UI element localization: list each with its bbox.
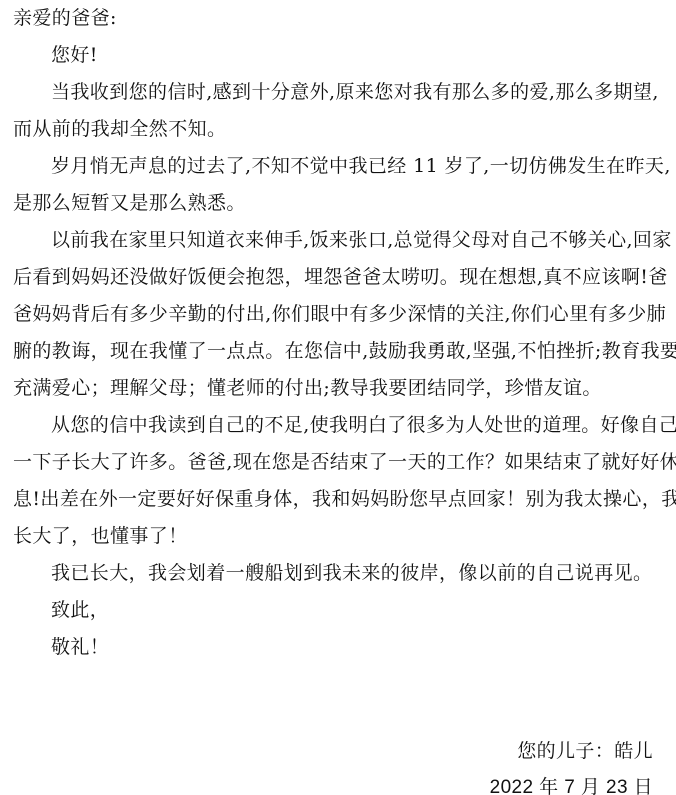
paragraph-3-line-1: 以前我在家里只知道衣来伸手,饭来张口,总觉得父母对自己不够关心,回家 (51, 227, 672, 253)
paragraph-4-line-3: 息!出差在外一定要好好保重身体，我和妈妈盼您早点回家！别为我太操心，我 (13, 486, 676, 512)
paragraph-5-line-1: 我已长大，我会划着一艘船划到我未来的彼岸，像以前的自己说再见。 (51, 560, 652, 586)
paragraph-3-line-5: 充满爱心；理解父母；懂老师的付出;教导我要团结同学，珍惜友谊。 (13, 375, 602, 401)
salutation: 亲爱的爸爸: (13, 5, 117, 31)
paragraph-4-line-4: 长大了，也懂事了！ (13, 523, 188, 549)
paragraph-4-line-2: 一下子长大了许多。爸爸,现在您是否结束了一天的工作？如果结束了就好好休 (13, 449, 676, 475)
paragraph-2-line-2: 是那么短暂又是那么熟悉。 (13, 190, 246, 216)
paragraph-2-line-1: 岁月悄无声息的过去了,不知不觉中我已经 11 岁了,一切仿佛发生在昨天, (51, 153, 671, 179)
paragraph-1-line-2: 而从前的我却全然不知。 (13, 116, 226, 142)
date: 2022 年 7 月 23 日 (490, 775, 653, 795)
paragraph-1-line-1: 当我收到您的信时,感到十分意外,原来您对我有那么多的爱,那么多期望, (51, 79, 659, 105)
greeting: 您好! (51, 42, 98, 68)
signature: 您的儿子：皓儿 (517, 738, 653, 764)
paragraph-3-line-2: 后看到妈妈还没做好饭便会抱怨，埋怨爸爸太唠叨。现在想想,真不应该啊!爸 (13, 264, 668, 290)
closing-line-2: 敬礼！ (51, 634, 109, 660)
closing-line-1: 致此， (51, 597, 109, 623)
paragraph-3-line-4: 腑的教诲，现在我懂了一点点。在您信中,鼓励我勇敢,坚强,不怕挫折;教育我要 (13, 338, 676, 364)
paragraph-3-line-3: 爸妈妈背后有多少辛勤的付出,你们眼中有多少深情的关注,你们心里有多少肺 (13, 301, 666, 327)
paragraph-4-line-1: 从您的信中我读到自己的不足,使我明白了很多为人处世的道理。好像自己 (51, 412, 676, 438)
